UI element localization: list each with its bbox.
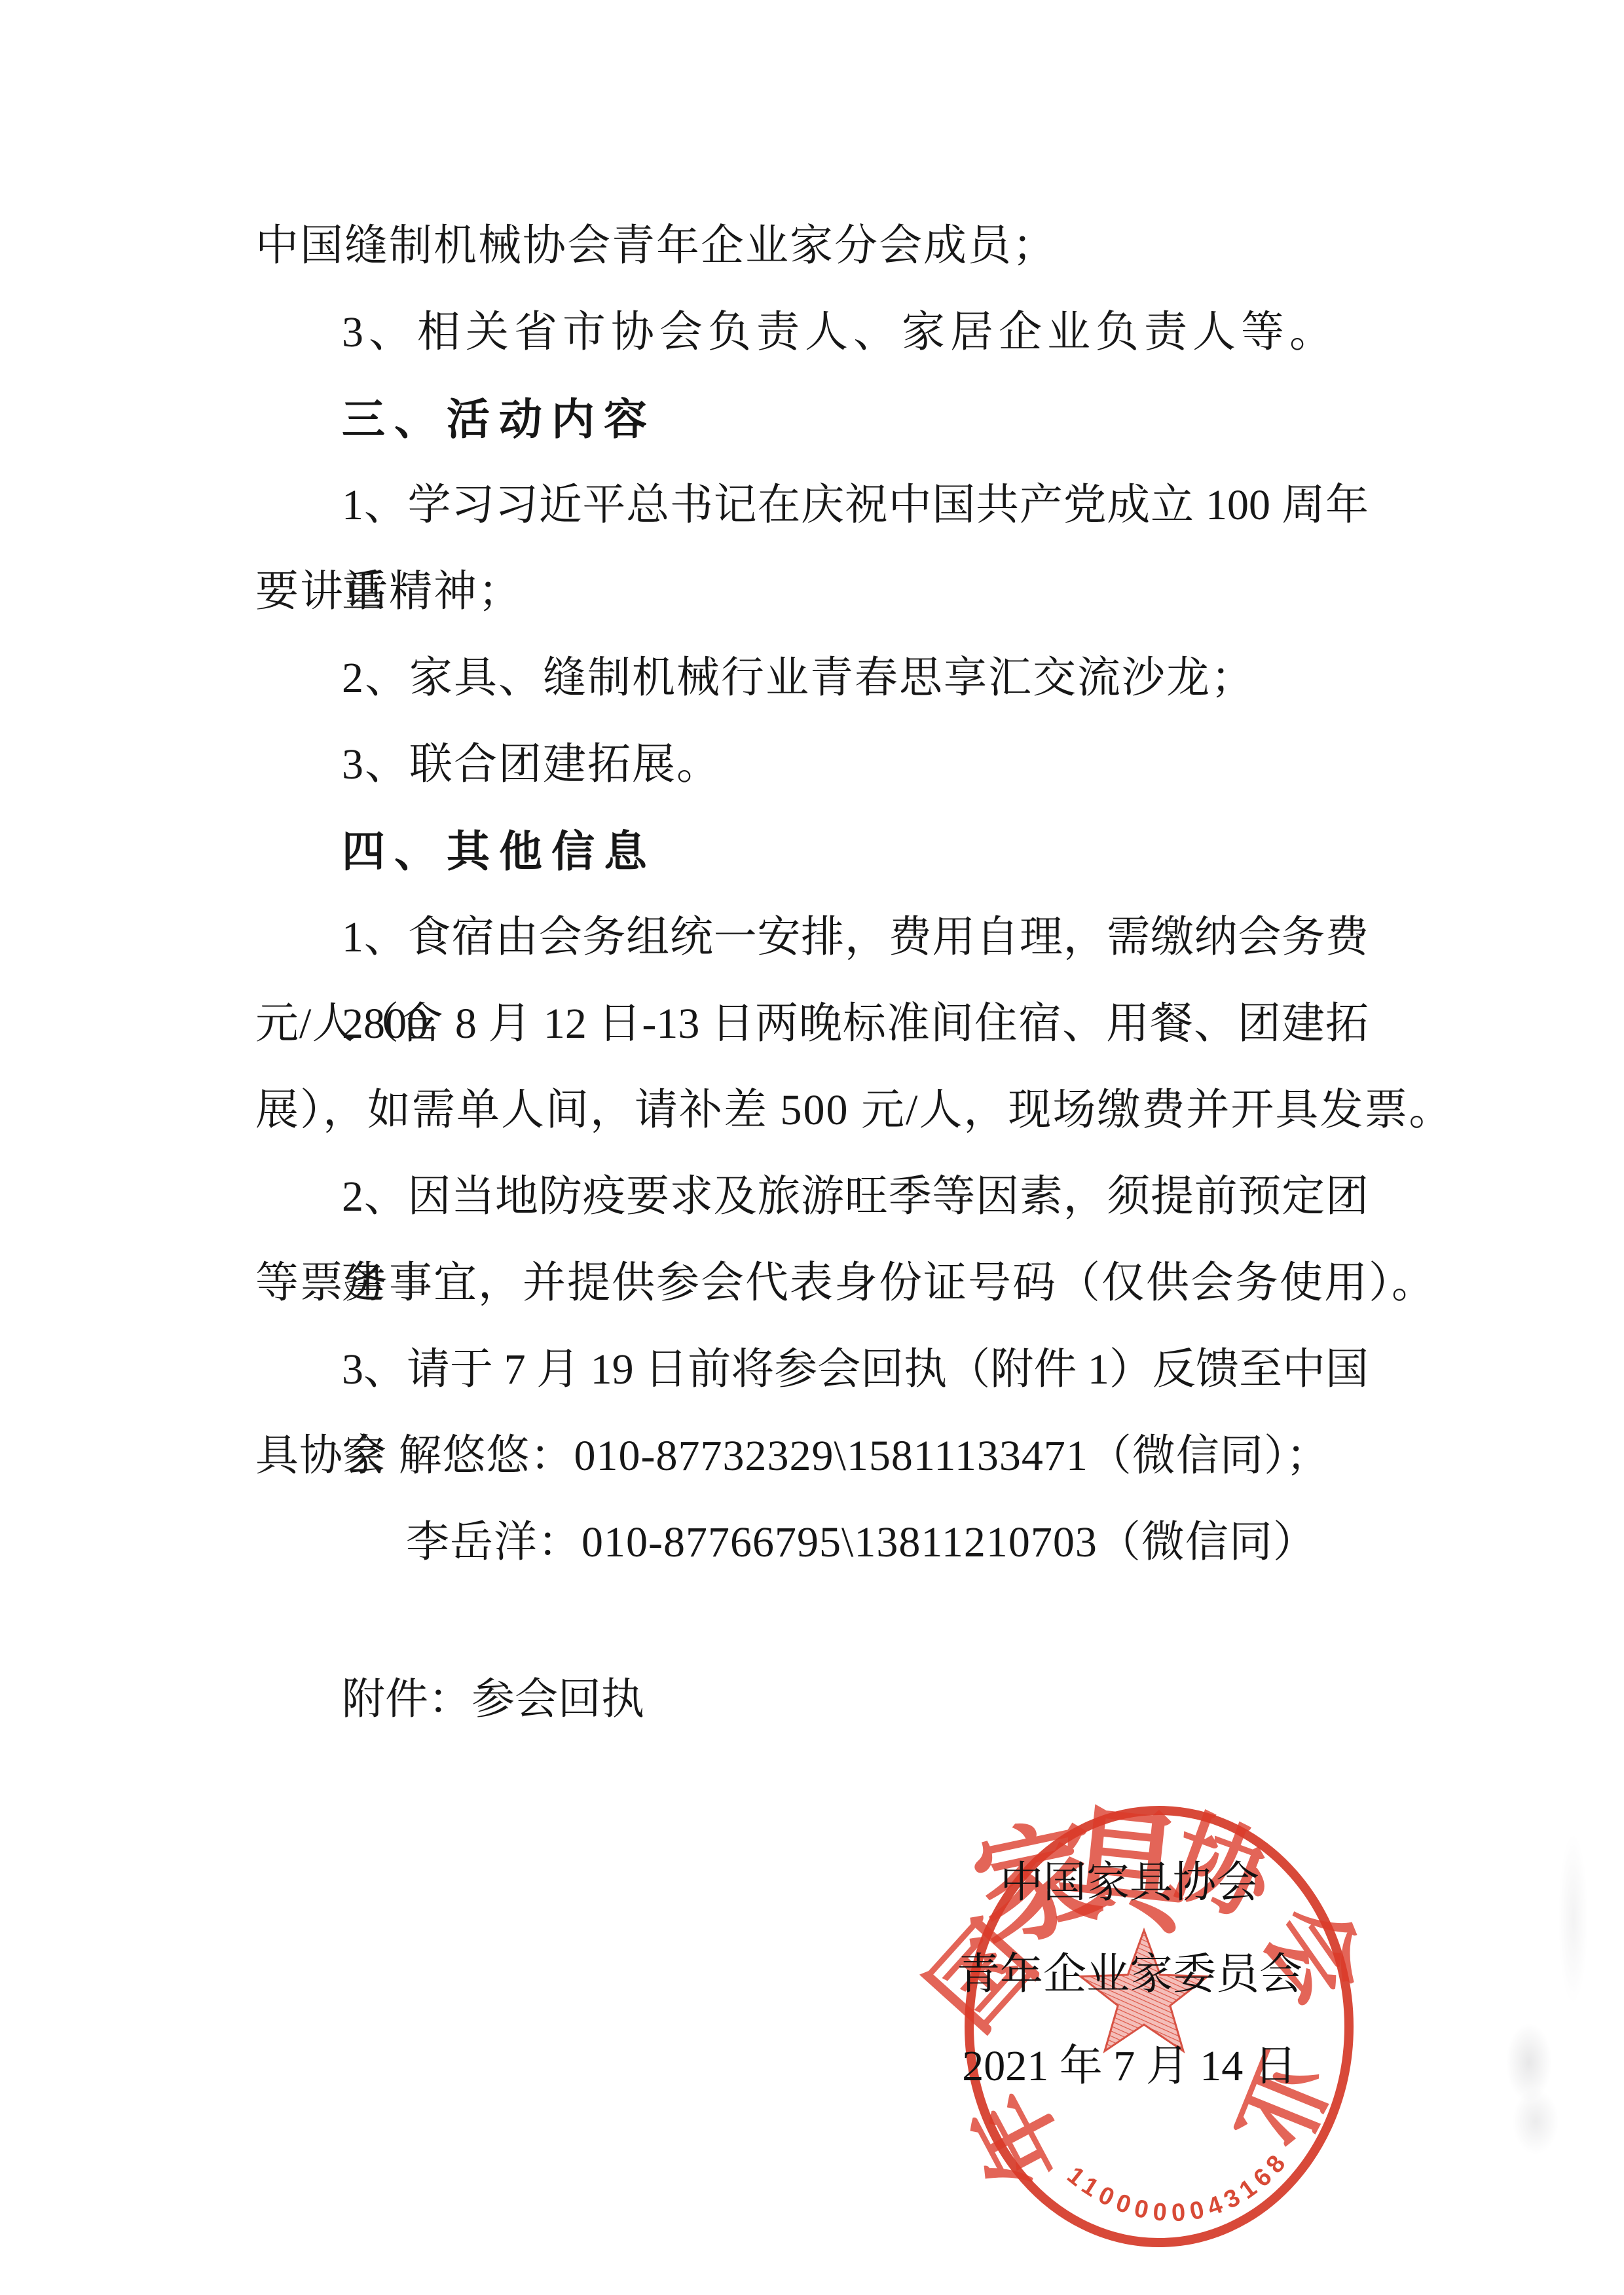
body-line: 李岳洋：010-87766795\13811210703（微信同） [255,1499,1369,1586]
body-line: 展），如需单人间，请补差 500 元/人，现场缴费并开具发票。 [255,1067,1369,1154]
body-line: 2、家具、缝制机械行业青春思享汇交流沙龙； [255,635,1369,722]
body-line: 1、食宿由会务组统一安排，费用自理，需缴纳会务费 2800 [255,894,1369,981]
body-line: 2、因当地防疫要求及旅游旺季等因素，须提前预定团建 [255,1154,1369,1240]
body-line: 具协会 解悠悠：010-87732329\15811133471（微信同）； [255,1413,1369,1499]
signature-org-line1: 中国家具协会 [904,1837,1356,1929]
signature-org-line2: 青年企业家委员会 [904,1929,1356,2021]
body-line: 3、联合团建拓展。 [255,722,1369,808]
body-line: 3、相关省市协会负责人、家居企业负责人等。 [255,289,1369,376]
signature-date: 2021 年 7 月 14 日 [904,2021,1356,2112]
body-line: 要讲话精神； [255,549,1369,635]
scan-smudge [1559,1833,1588,2004]
document-body: 中国缝制机械协会青年企业家分会成员；3、相关省市协会负责人、家居企业负责人等。三… [255,203,1369,1743]
body-line: 中国缝制机械协会青年企业家分会成员； [255,203,1369,289]
body-line: 三、活动内容 [255,376,1369,462]
attachment-line: 附件：参会回执 [255,1657,1369,1743]
body-line: 四、其他信息 [255,808,1369,894]
body-line: 3、请于 7 月 19 日前将参会回执（附件 1）反馈至中国家 [255,1327,1369,1413]
body-line: 1、学习习近平总书记在庆祝中国共产党成立 100 周年重 [255,462,1369,549]
scanned-document-page: 中国缝制机械协会青年企业家分会成员；3、相关省市协会负责人、家居企业负责人等。三… [0,0,1624,2295]
signature-block: 中国家具协会 青年企业家委员会 2021 年 7 月 14 日 [904,1837,1356,2112]
body-line: 等票务事宜，并提供参会代表身份证号码（仅供会务使用）。 [255,1240,1369,1327]
body-line: 元/人（含 8 月 12 日-13 日两晚标准间住宿、用餐、团建拓 [255,981,1369,1067]
scan-smudge [1513,2089,1559,2154]
